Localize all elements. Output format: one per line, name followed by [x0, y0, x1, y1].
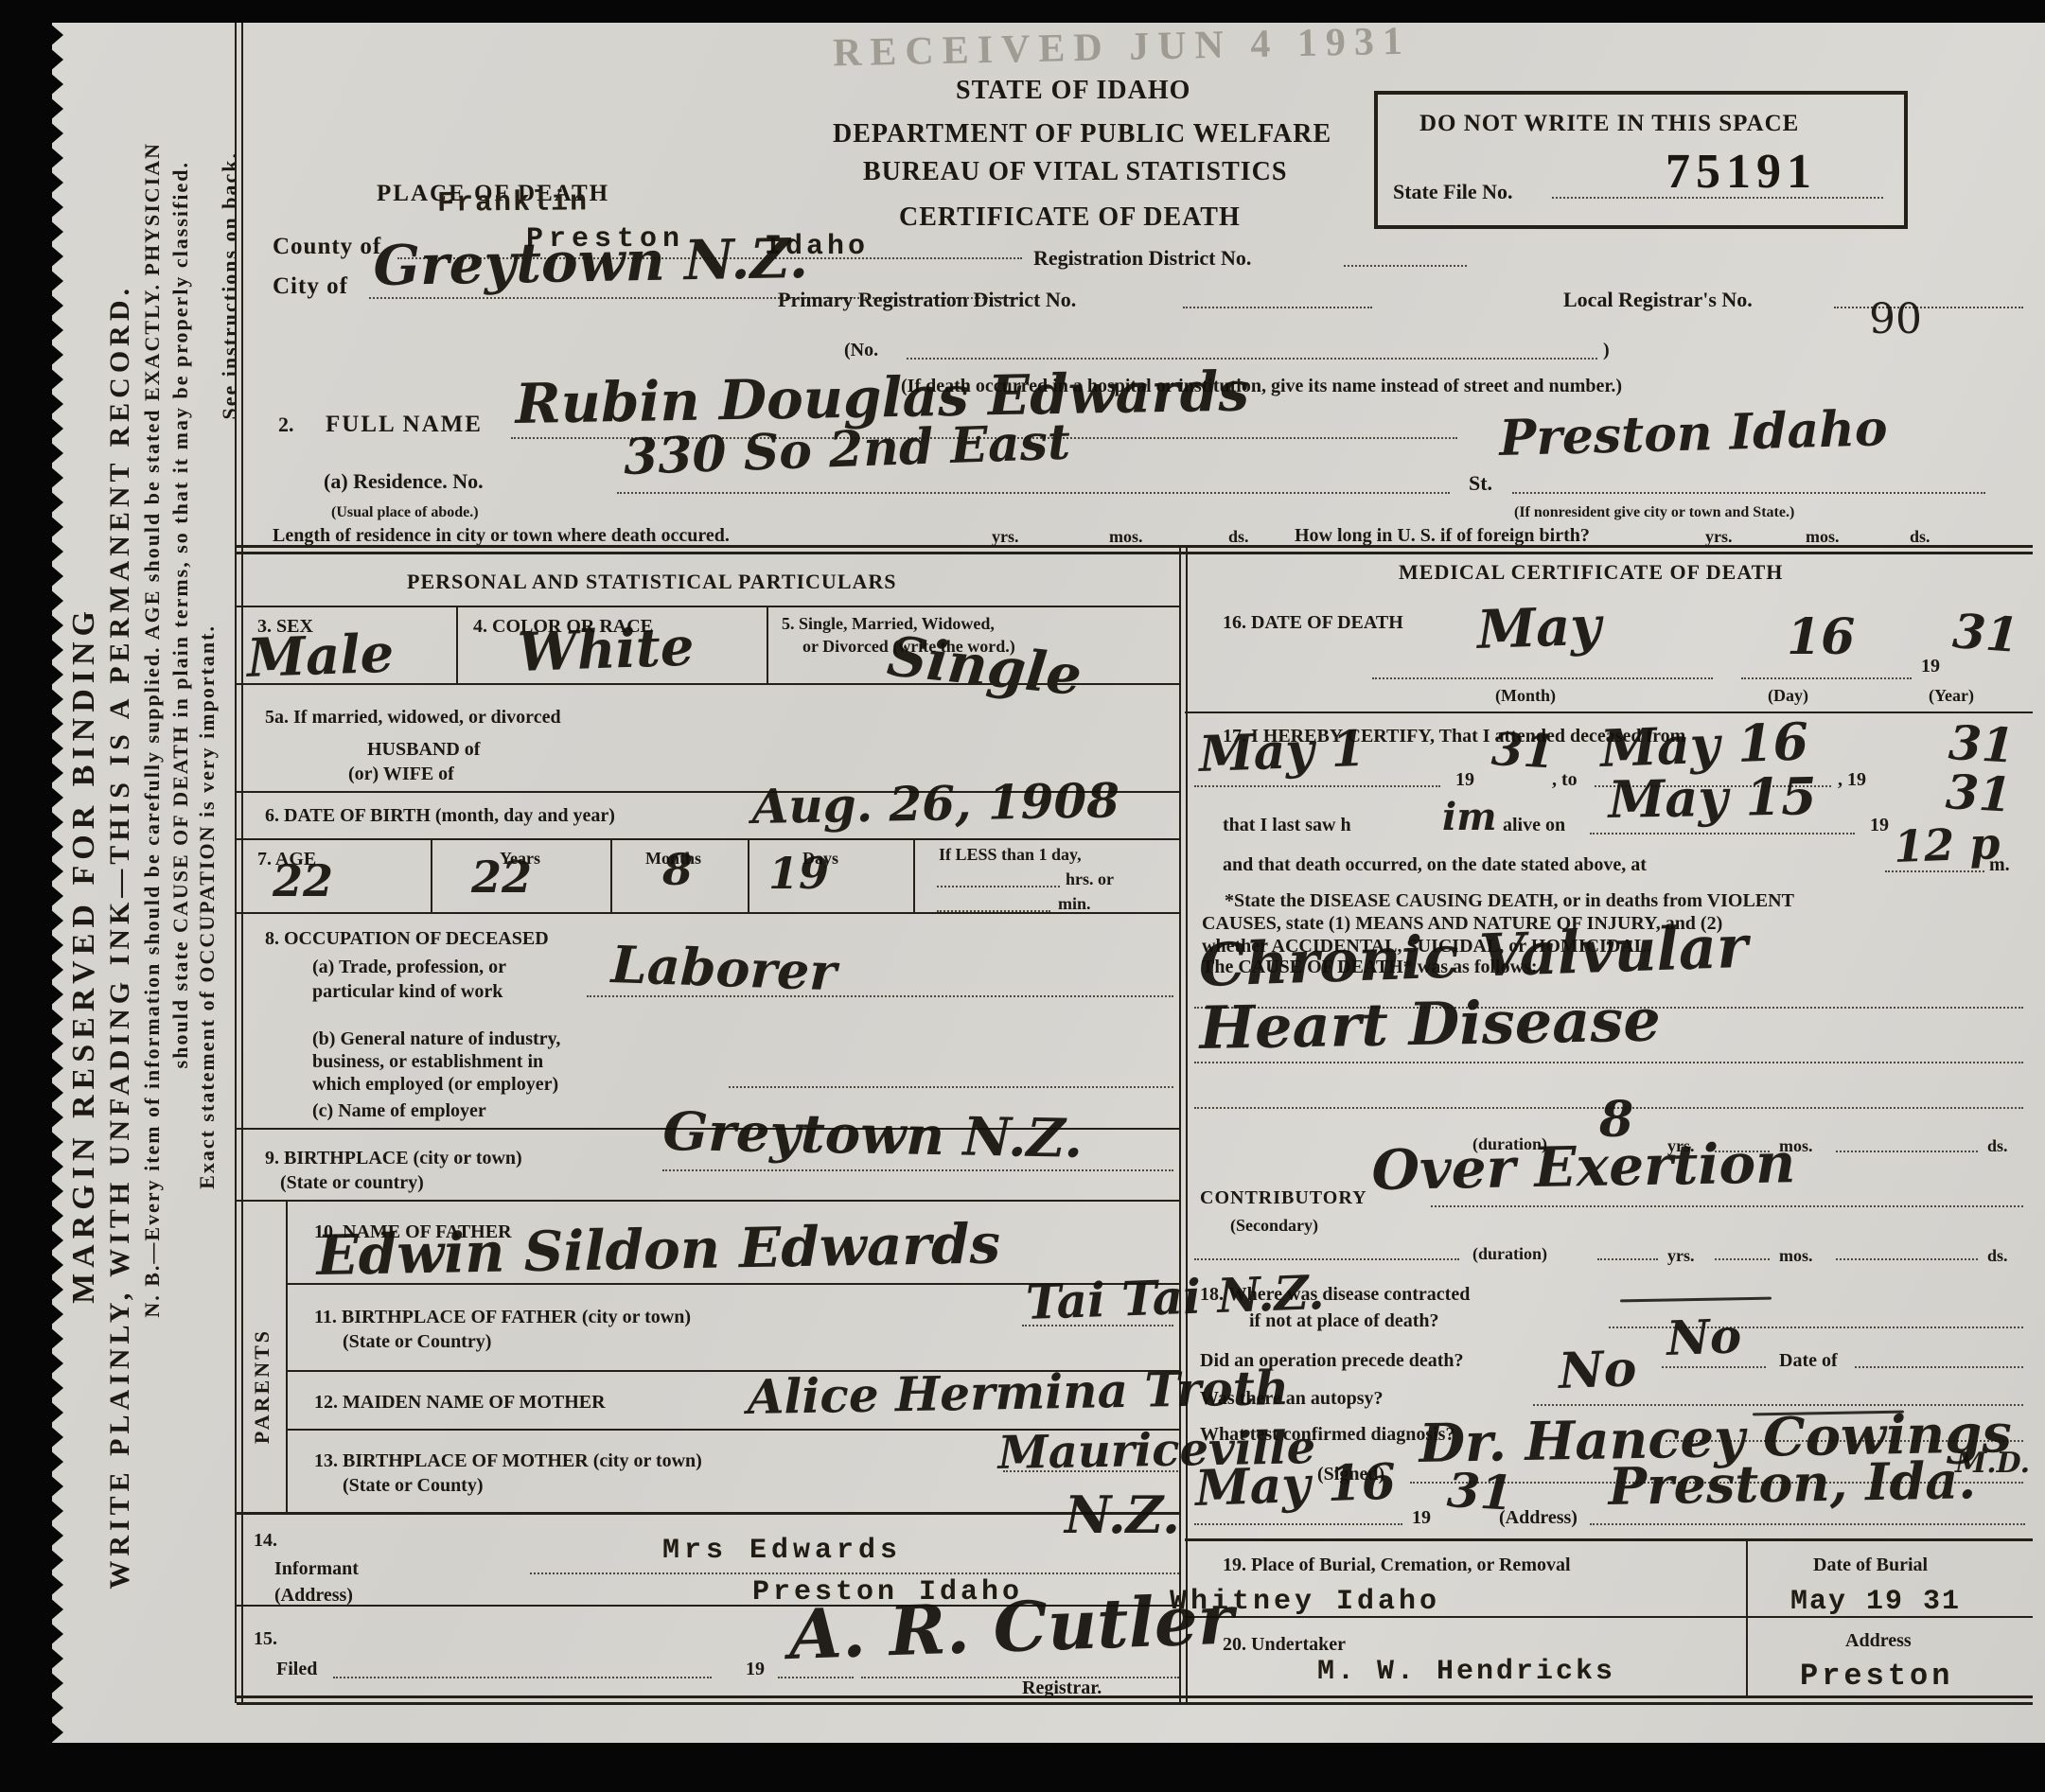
cause-note1: *State the DISEASE CAUSING DEATH, or in …: [1225, 891, 1794, 910]
undertaker-name-typed: M. W. Hendricks: [1317, 1658, 1615, 1686]
burial-date-label: Date of Burial: [1813, 1555, 1928, 1574]
residence-city-handwritten: Preston Idaho: [1499, 404, 1889, 464]
occupation-b2: business, or establishment in: [312, 1052, 543, 1071]
reg-district-dotted: [1344, 265, 1467, 267]
l5a-line1: 5a. If married, widowed, or divorced: [265, 708, 561, 727]
dod-day-hw: 16: [1787, 613, 1855, 662]
residence-dotted: [617, 492, 1450, 494]
operation-dotted: [1662, 1366, 1766, 1368]
sex-race-divider: [456, 607, 458, 683]
age-div4: [913, 840, 915, 912]
mother-bp-handwritten2: N.Z.: [1065, 1489, 1180, 1540]
sign-address-hw: Preston, Ida.: [1608, 1454, 1976, 1512]
dod-label: 16. DATE OF DEATH: [1223, 613, 1403, 632]
burial-date-typed: May 19 31: [1790, 1588, 1961, 1616]
local-reg-label: Local Registrar's No.: [1563, 290, 1753, 310]
father-name-handwritten: Edwin Sildon Edwards: [316, 1216, 1001, 1283]
do-not-write-label: DO NOT WRITE IN THIS SPACE: [1419, 112, 1799, 135]
nonresident-note: (If nonresident give city or town and St…: [1514, 505, 1794, 520]
local-reg-number-hw: 90: [1869, 299, 1922, 341]
burial-top-rule: [1185, 1538, 2033, 1541]
certify-to-year-hw: 31: [1948, 719, 2016, 770]
registrar-dotted: [861, 1677, 1179, 1678]
l5a-line2: HUSBAND of: [367, 740, 480, 759]
age-years-hw: 22: [471, 855, 532, 899]
sign-address-dotted: [1590, 1523, 2025, 1525]
sex-row-rule: [237, 683, 1179, 685]
title-bureau: BUREAU OF VITAL STATISTICS: [863, 159, 1287, 185]
margin-cause-text: should state CAUSE OF DEATH in plain ter…: [170, 161, 191, 1068]
duration2-label: (duration): [1472, 1245, 1547, 1262]
age-months-hw: 8: [662, 848, 693, 891]
medical-title: MEDICAL CERTIFICATE OF DEATH: [1399, 562, 1783, 583]
undertaker-addr-label: Address: [1845, 1631, 1912, 1650]
duration2-mos: mos.: [1779, 1247, 1813, 1264]
margin-occupation-text: Exact statement of OCCUPATION is very im…: [197, 624, 218, 1189]
operation-hw: No: [1666, 1312, 1742, 1362]
dod-year-hw: 31: [1951, 607, 2020, 659]
informant-top-rule: [237, 1512, 1179, 1515]
burial-col-divider: [1746, 1540, 1748, 1695]
death-certificate-scan: MARGIN RESERVED FOR BINDING WRITE PLAINL…: [0, 0, 2045, 1792]
title-certificate: CERTIFICATE OF DEATH: [899, 204, 1241, 231]
dod-month-dotted: [1372, 677, 1713, 679]
min-label: min.: [1058, 895, 1091, 912]
age-div1: [431, 840, 432, 912]
city-handwritten: Greytown N.Z.: [373, 231, 808, 293]
no-dotted: [907, 358, 1597, 360]
birthplace-label2: (State or country): [280, 1173, 424, 1192]
primary-reg-dotted: [1183, 307, 1372, 308]
last-saw-post: alive on: [1503, 816, 1565, 835]
occupation-c: (c) Name of employer: [312, 1101, 486, 1120]
burial-label: 19. Place of Burial, Cremation, or Remov…: [1223, 1555, 1571, 1574]
certify-from-dotted: [1194, 785, 1440, 787]
state-file-number: 75191: [1666, 148, 1817, 197]
birthplace-dotted: [662, 1169, 1173, 1171]
column-divider: [1179, 545, 1188, 1703]
filed-label: Filed: [276, 1660, 317, 1678]
contributory-dotted: [1431, 1205, 2023, 1207]
parents-top-rule: [237, 1200, 1179, 1202]
margin-nb-text: N. B.—Every item of information should b…: [142, 142, 163, 1318]
parents-gutter-line: [286, 1200, 288, 1512]
last-saw-dotted: [1590, 833, 1855, 835]
date-of-label: Date of: [1779, 1351, 1838, 1370]
informant-label: Informant: [274, 1559, 359, 1578]
full-name-num: 2.: [278, 414, 294, 435]
residence-label: (a) Residence. No.: [324, 471, 484, 492]
dod-day-dotted: [1741, 677, 1912, 679]
hrs-label: hrs. or: [1066, 870, 1114, 887]
filed-year-label: 19: [746, 1660, 765, 1678]
occupation-b1: (b) General nature of industry,: [312, 1029, 560, 1048]
dod-day-p: (Day): [1768, 687, 1808, 704]
duration2-dot1: [1597, 1258, 1658, 1260]
no-close-label: ): [1603, 341, 1610, 360]
length-residence-label: Length of residence in city or town wher…: [273, 526, 730, 545]
less-than-label: If LESS than 1 day,: [939, 846, 1082, 863]
age-days-hw: 19: [768, 852, 829, 895]
l5a-line3: (or) WIFE of: [348, 764, 454, 783]
occupation-b-dotted: [729, 1086, 1173, 1088]
date-of-dotted: [1855, 1366, 2023, 1368]
mother-bp-handwritten: Mauriceville: [997, 1425, 1315, 1476]
duration1-ds: ds.: [1987, 1137, 2008, 1154]
howlong-mos: mos.: [1806, 528, 1840, 545]
autopsy-hw: No: [1558, 1344, 1637, 1397]
hrs-dotted: [937, 886, 1060, 887]
duration2-dot3: [1836, 1258, 1978, 1260]
age-top-rule: [237, 838, 1179, 840]
no-paren-label: (No.: [844, 341, 878, 360]
form-bottom-rule: [237, 1695, 2033, 1705]
last-saw-pre: that I last saw h: [1223, 816, 1351, 835]
form-left-border: [235, 23, 243, 1703]
age-bottom-rule: [237, 912, 1179, 914]
franklin-stamp: Franklin: [437, 188, 589, 218]
mother-bp-label2: (State or County): [343, 1476, 484, 1495]
street-label: St.: [1469, 473, 1492, 494]
certify-to-label: , to: [1552, 770, 1578, 789]
contributory-label: CONTRIBUTORY: [1200, 1188, 1367, 1207]
him-hw: im: [1442, 799, 1497, 836]
registrar-signature: A. R. Cutler: [787, 1586, 1234, 1669]
county-label: County of: [273, 235, 381, 258]
sign-date-dotted: [1194, 1523, 1402, 1525]
dob-handwritten: Aug. 26, 1908: [751, 777, 1119, 831]
informant-name-typed: Mrs Edwards: [662, 1537, 902, 1565]
filed-year-dotted: [778, 1677, 854, 1678]
mother-bp-label: 13. BIRTHPLACE OF MOTHER (city or town): [314, 1451, 702, 1470]
occurred-label: and that death occurred, on the date sta…: [1223, 855, 1647, 874]
registrar-label: Registrar.: [1022, 1678, 1102, 1697]
last-saw-hw: May 15: [1608, 770, 1817, 825]
dod-year-p: (Year): [1929, 687, 1974, 704]
sex-handwritten: Male: [246, 627, 395, 685]
duration2-yrs: yrs.: [1667, 1247, 1695, 1264]
duration2-ds: ds.: [1987, 1247, 2008, 1264]
primary-reg-label: Primary Registration District No.: [778, 290, 1076, 310]
occupation-handwritten: Laborer: [610, 939, 837, 997]
length-ds: ds.: [1228, 528, 1249, 545]
birthplace-label: 9. BIRTHPLACE (city or town): [265, 1149, 522, 1168]
undertaker-label: 20. Undertaker: [1223, 1635, 1346, 1654]
certify-19b: , 19: [1838, 770, 1866, 789]
duration2-dot2: [1715, 1258, 1770, 1260]
sign-19: 19: [1412, 1508, 1431, 1527]
how-long-label: How long in U. S. if of foreign birth?: [1295, 526, 1590, 545]
length-mos: mos.: [1109, 528, 1143, 545]
informant-dotted: [530, 1572, 1179, 1574]
certify-from-hw: May 1: [1198, 725, 1366, 780]
certify-top-rule: [1185, 712, 2033, 713]
undertaker-addr-typed: Preston: [1800, 1661, 1953, 1692]
reg-district-label: Registration District No.: [1033, 248, 1251, 269]
dod-month-hw: May: [1476, 599, 1602, 657]
personal-title-rule: [237, 606, 1179, 607]
mother-name-handwritten: Alice Hermina Troth: [747, 1364, 1289, 1421]
margin-write-plainly-text: WRITE PLAINLY, WITH UNFADING INK—THIS IS…: [106, 284, 134, 1590]
title-state: STATE OF IDAHO: [956, 78, 1190, 104]
dod-19: 19: [1921, 657, 1940, 676]
parents-vertical-label: PARENTS: [252, 1328, 273, 1444]
birthplace-handwritten: Greytown N.Z.: [662, 1105, 1084, 1166]
dod-month-p: (Month): [1495, 687, 1556, 704]
filed-dotted: [333, 1677, 712, 1678]
father-bp-handwritten: Tai Tai N.Z.: [1025, 1269, 1325, 1326]
occupation-label: 8. OCCUPATION OF DECEASED: [265, 929, 549, 948]
abode-note: (Usual place of abode.): [331, 505, 479, 520]
cause-dotted2: [1194, 1062, 2023, 1063]
contributory-hw: Over Exertion: [1371, 1135, 1796, 1198]
father-bp-label: 11. BIRTHPLACE OF FATHER (city or town): [314, 1308, 691, 1326]
dob-label: 6. DATE OF BIRTH (month, day and year): [265, 806, 615, 825]
occurred-m: m.: [1989, 855, 2010, 874]
personal-title: PERSONAL AND STATISTICAL PARTICULARS: [407, 571, 897, 592]
duration2-dot0: [1194, 1258, 1459, 1260]
duration1-dot2: [1836, 1151, 1978, 1152]
last-saw-19: 19: [1870, 816, 1889, 835]
torn-binding-edge: [49, 23, 68, 1743]
certify-to-hw: May 16: [1599, 715, 1809, 774]
informant-addr-label: (Address): [274, 1586, 353, 1605]
race-marital-divider: [767, 607, 768, 683]
cause-hw-line1: Chronic Valvular: [1198, 918, 1749, 995]
margin-binding-text: MARGIN RESERVED FOR BINDING: [68, 606, 100, 1304]
age-div3: [748, 840, 749, 912]
occupation-b3: which employed (or employer): [312, 1075, 558, 1094]
length-yrs: yrs.: [992, 528, 1019, 545]
informant-num: 14.: [254, 1531, 277, 1550]
cause-hw-line2: Heart Disease: [1199, 992, 1661, 1058]
occupation-a2: particular kind of work: [312, 982, 502, 1001]
father-bp-label2: (State or Country): [343, 1332, 491, 1351]
header-bottom-rule: [237, 545, 2033, 554]
sign-address-label: (Address): [1499, 1508, 1578, 1527]
certify-19a: 19: [1455, 770, 1474, 789]
certify-from-year-hw: 31: [1490, 727, 1556, 775]
last-saw-year-hw: 31: [1945, 768, 2013, 819]
undertaker-top-rule: [1185, 1616, 2033, 1618]
filed-num: 15.: [254, 1629, 277, 1648]
marital-label-1: 5. Single, Married, Widowed,: [782, 615, 995, 632]
howlong-ds: ds.: [1910, 528, 1930, 545]
full-name-label: FULL NAME: [326, 413, 483, 436]
residence-handwritten: 330 So 2nd East: [623, 418, 1071, 483]
state-file-label: State File No.: [1393, 182, 1512, 202]
title-dept: DEPARTMENT OF PUBLIC WELFARE: [833, 121, 1331, 148]
local-reg-dotted: [1834, 307, 2023, 308]
age-handwritten: 22: [273, 859, 333, 903]
occupation-a1: (a) Trade, profession, or: [312, 957, 506, 976]
city-label: City of: [273, 274, 348, 298]
mother-name-label: 12. MAIDEN NAME OF MOTHER: [314, 1393, 606, 1412]
occurred-time-hw: 12 p: [1893, 821, 2001, 869]
street-dotted: [1512, 492, 1985, 494]
secondary-label: (Secondary): [1230, 1217, 1318, 1234]
age-div2: [610, 840, 612, 912]
race-handwritten: White: [517, 621, 695, 679]
howlong-yrs: yrs.: [1705, 528, 1733, 545]
